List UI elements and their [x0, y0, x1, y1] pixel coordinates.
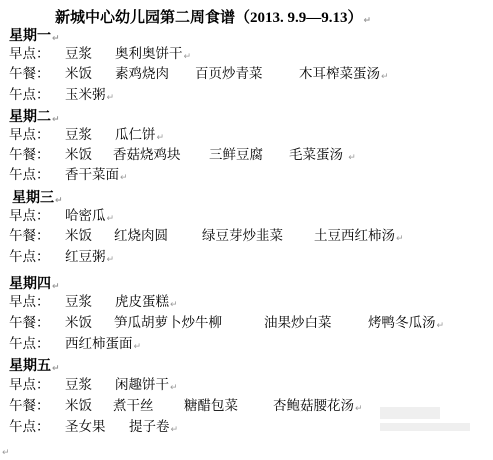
menu-item: 烤鸭冬瓜汤↵ — [368, 314, 444, 335]
meal-label: 早点： — [9, 45, 50, 63]
meal-label: 午餐： — [9, 314, 50, 332]
paragraph-mark-icon: ↵ — [171, 425, 179, 435]
meal-label: 午点： — [9, 166, 50, 184]
meal-label: 午餐： — [9, 146, 50, 164]
watermark-logo-icon — [380, 405, 470, 435]
meal-label: 午点： — [9, 86, 50, 104]
menu-item: 玉米粥↵ — [65, 86, 114, 107]
menu-item: 香干菜面↵ — [65, 166, 128, 187]
menu-item: 油果炒白菜 — [264, 314, 332, 332]
menu-item: 豆浆 — [65, 126, 92, 144]
paragraph-mark-icon: ↵ — [348, 153, 356, 163]
menu-item: 素鸡烧肉 — [115, 65, 169, 83]
menu-item: 红豆粥↵ — [65, 248, 114, 269]
paragraph-mark-icon: ↵ — [55, 196, 63, 206]
meal-label: 午餐： — [9, 227, 50, 245]
menu-item: 米饭 — [65, 146, 92, 164]
menu-item: 米饭 — [65, 227, 92, 245]
menu-item: 豆浆 — [65, 376, 92, 394]
paragraph-mark-icon: ↵ — [52, 115, 60, 125]
menu-item: 毛菜蛋汤 ↵ — [289, 146, 356, 167]
menu-item: 西红柿蛋面↵ — [65, 335, 141, 356]
menu-item: 百页炒青菜 — [195, 65, 263, 83]
meal-label: 早点： — [9, 376, 50, 394]
menu-item: 煮干丝 — [113, 397, 154, 415]
title-text: 新城中心幼儿园第二周食谱 — [55, 8, 235, 26]
menu-item: 米饭 — [65, 314, 92, 332]
paragraph-mark-icon: ↵ — [355, 404, 363, 414]
paragraph-mark-icon: ↵ — [52, 364, 60, 374]
meal-label: 早点： — [9, 207, 50, 225]
paragraph-mark-icon: ↵ — [364, 16, 372, 26]
meal-label: 早点： — [9, 126, 50, 144]
paragraph-mark-icon: ↵ — [52, 34, 60, 44]
paragraph-mark-icon: ↵ — [107, 255, 115, 265]
menu-item: 米饭 — [65, 397, 92, 415]
paragraph-mark-icon: ↵ — [396, 234, 404, 244]
paragraph-mark-icon: ↵ — [52, 282, 60, 292]
menu-item: 哈密瓜↵ — [65, 207, 114, 228]
menu-item: 闲趣饼干↵ — [115, 376, 178, 397]
menu-item: 瓜仁饼↵ — [115, 126, 164, 147]
menu-item: 三鲜豆腐 — [209, 146, 263, 164]
meal-label: 午点： — [9, 335, 50, 353]
day-heading-thursday: 星期四↵ — [9, 273, 60, 293]
menu-item: 豆浆 — [65, 293, 92, 311]
paragraph-mark-icon: ↵ — [184, 52, 192, 62]
paragraph-mark-icon: ↵ — [120, 173, 128, 183]
menu-item: 豆浆 — [65, 45, 92, 63]
menu-item: 虎皮蛋糕↵ — [115, 293, 178, 314]
meal-label: 午餐： — [9, 397, 50, 415]
menu-item: 笋瓜胡萝卜炒牛柳 — [114, 314, 222, 332]
menu-item: 香菇烧鸡块 — [113, 146, 181, 164]
paragraph-mark-icon: ↵ — [437, 321, 445, 331]
title-date-range: （2013. 9.9—9.13） — [235, 10, 363, 26]
paragraph-mark-icon: ↵ — [107, 214, 115, 224]
meal-label: 午点： — [9, 248, 50, 266]
paragraph-mark-icon: ↵ — [381, 72, 389, 82]
paragraph-mark-icon: ↵ — [107, 93, 115, 103]
paragraph-mark-icon: ↵ — [170, 383, 178, 393]
menu-item: 土豆西红柿汤↵ — [314, 227, 404, 248]
day-heading-monday: 星期一↵ — [9, 25, 60, 45]
menu-item: 绿豆芽炒韭菜 — [202, 227, 283, 245]
menu-item: 提子卷↵ — [129, 418, 178, 439]
day-heading-friday: 星期五↵ — [9, 355, 60, 375]
meal-label: 早点： — [9, 293, 50, 311]
day-heading-wednesday: 星期三↵ — [12, 187, 63, 207]
paragraph-mark-icon: ↵ — [170, 300, 178, 310]
paragraph-mark-icon: ↵ — [2, 448, 10, 458]
meal-label: 午点： — [9, 418, 50, 436]
menu-item: 米饭 — [65, 65, 92, 83]
menu-item: 杏鲍菇腰花汤↵ — [273, 397, 363, 418]
menu-item: 红烧肉圆 — [114, 227, 168, 245]
menu-item: 糖醋包菜 — [184, 397, 238, 415]
menu-item: 木耳榨菜蛋汤↵ — [299, 65, 389, 86]
menu-item: 奥利奥饼干↵ — [115, 45, 191, 66]
meal-label: 午餐： — [9, 65, 50, 83]
paragraph-mark-icon: ↵ — [134, 342, 142, 352]
menu-item: 圣女果 — [65, 418, 106, 436]
paragraph-mark-icon: ↵ — [157, 133, 165, 143]
day-heading-tuesday: 星期二↵ — [9, 106, 60, 126]
page-title: 新城中心幼儿园第二周食谱（2013. 9.9—9.13）↵ — [55, 6, 371, 27]
